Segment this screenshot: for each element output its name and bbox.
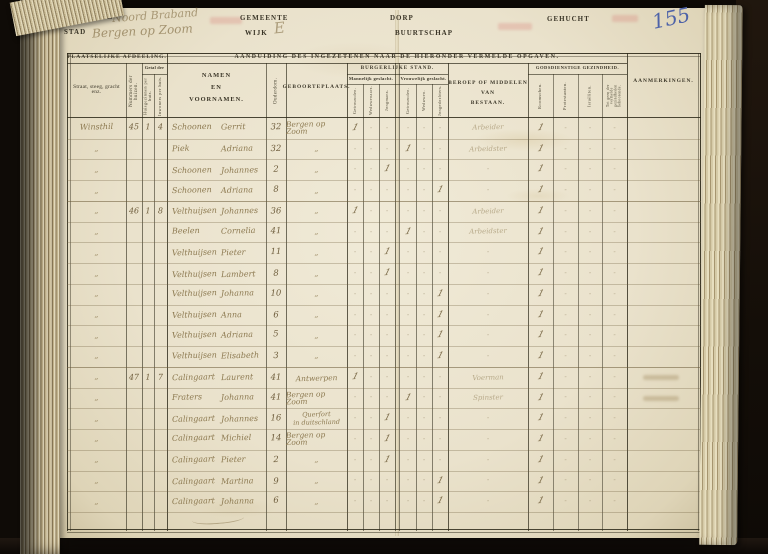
cell-street: „ [67, 450, 126, 471]
cell-mark-f1: - [400, 450, 416, 471]
cell-mark-f1: - [400, 367, 416, 388]
cell-mark-f2: - [416, 201, 432, 222]
cell-mark-f2: - [416, 222, 432, 243]
cell-mark-m2: - [363, 222, 379, 243]
cell-mark-m2: - [363, 201, 379, 222]
cell-birthplace: Bergen op Zoom [286, 117, 347, 139]
cell-mark-f3: - [432, 159, 448, 180]
cell-mark-f1: - [400, 429, 416, 450]
cell-mark-m2: - [363, 491, 379, 512]
cell-mark-m3: - [379, 201, 395, 222]
cell-street: „ [67, 201, 126, 222]
cell-name: VelthuijsenJohannes [167, 201, 266, 222]
stad-label: STAD [64, 29, 86, 36]
given-name-text: Johanna [221, 290, 254, 299]
cell-mark-r2: - [553, 450, 578, 471]
cell-mark-f3: - [432, 201, 448, 222]
cell-mark-f1: - [400, 242, 416, 263]
cell-birthplace: „ [286, 159, 347, 180]
cell-name: CalingaartJohannes [167, 408, 266, 429]
cell-mark-f3: - [432, 222, 448, 243]
cell-mark-r3: - [578, 284, 602, 305]
table-column-line [395, 63, 396, 531]
cell-birthplace: „ [286, 263, 347, 284]
cell-birthplace: „ [286, 346, 347, 367]
row-rule-line [67, 512, 701, 513]
birthplace-line: in duitschland [293, 419, 340, 427]
surname-text: Velthuijsen [172, 311, 217, 320]
cell-mark-m3: - [379, 284, 395, 305]
cell-mark-f1: - [400, 325, 416, 346]
cell-mark-m2: - [363, 388, 379, 409]
given-name-text: Johanna [221, 497, 254, 506]
birthplace-line: Bergen op Zoom [286, 119, 347, 135]
cell-mark-f1: - [400, 491, 416, 512]
cell-mark-r4: - [602, 139, 627, 160]
cell-birthplace: „ [286, 325, 347, 346]
cell-mark-r3: - [578, 429, 602, 450]
cell-mark-m2: - [363, 118, 379, 139]
cell-age: 5 [266, 324, 287, 345]
cell-occupation: - [448, 263, 528, 284]
cell-occupation: - [448, 305, 528, 326]
surname-text: Schoonen [172, 166, 212, 175]
given-name-text: Anna [221, 311, 242, 320]
cell-mark-r2: - [553, 491, 578, 512]
given-name-text: Johannes [221, 166, 258, 175]
cell-age: 11 [266, 242, 287, 263]
cell-name: VelthuijsenAdriana [167, 325, 266, 346]
cell-mark-r2: - [553, 263, 578, 284]
cell-mark-m1: - [347, 491, 363, 512]
cell-birthplace: „ [286, 139, 347, 160]
cell-mark-m2: - [363, 180, 379, 201]
cell-name: VelthuijsenLambert [167, 263, 266, 284]
cell-age: 10 [266, 283, 287, 304]
cell-mark-m3: - [379, 118, 395, 139]
cell-street: „ [67, 284, 126, 305]
surname-text: Calingaart [172, 415, 215, 424]
cell-occupation: Arbeidster [448, 220, 528, 243]
ink-bleed-smudge [612, 15, 638, 22]
surname-text: Velthuijsen [172, 331, 217, 340]
cell-mark-f1: - [400, 159, 416, 180]
cell-mark-r3: - [578, 491, 602, 512]
cell-mark-r4: - [602, 284, 627, 305]
given-name-text: Pieter [221, 456, 246, 465]
cell-occupation: - [448, 346, 528, 367]
table-rule-line [67, 532, 701, 533]
cell-occupation: Spinster [448, 386, 528, 409]
cell-mark-m1: - [347, 325, 363, 346]
surname-text: Beelen [172, 227, 200, 236]
cell-age: 3 [266, 346, 287, 367]
book-page-edges-right [699, 5, 743, 545]
cell-occupation: - [448, 325, 528, 346]
cell-age: 41 [266, 387, 287, 408]
cell-mark-r2: - [553, 325, 578, 346]
table-rule-line [67, 529, 701, 530]
col-header-inwoners: Inwoners per huis. [154, 76, 167, 116]
cell-mark-r4: - [602, 222, 627, 243]
cell-mark-m3: - [379, 180, 395, 201]
cell-mark-f2: - [416, 429, 432, 450]
col-header-israeliten: Israëliten. [578, 76, 602, 116]
cell-birthplace: „ [286, 491, 347, 512]
cell-mark-m3: - [379, 305, 395, 326]
getal-der-header: Getal der [142, 63, 167, 74]
cell-street: „ [67, 388, 126, 409]
col-header-straat: Straat, steeg, gracht enz. [67, 72, 126, 108]
cell-occupation: - [448, 242, 528, 263]
aanduiding-header: AANDUIDING DES INGEZETENEN NAAR DE HIERO… [167, 53, 627, 63]
cell-age: 14 [266, 428, 287, 449]
cell-street: „ [67, 491, 126, 512]
cell-age: 36 [266, 201, 287, 222]
surname-text: Velthuijsen [172, 352, 217, 361]
cell-mark-m2: - [363, 139, 379, 160]
cell-mark-r2: - [553, 222, 578, 243]
cell-street: „ [67, 305, 126, 326]
cell-street: „ [67, 367, 126, 388]
col-header-roomschen: Roomschen. [528, 76, 553, 116]
scanned-register-photo: PROVINCIE GEMEENTE DORP GEHUCHT STAD WIJ… [0, 0, 768, 554]
cell-mark-r2: - [553, 139, 578, 160]
cell-mark-m3: - [379, 491, 395, 512]
cell-occupation: Voerman [448, 367, 528, 390]
cell-mark-f1: - [400, 471, 416, 492]
plaatselijke-afdeeling-header: PLAATSELIJKE AFDEELING. [67, 53, 167, 63]
cell-mark-m1: - [347, 429, 363, 450]
table-column-line [627, 53, 628, 531]
cell-households: 1 [142, 201, 155, 222]
table-rule-line [528, 74, 627, 75]
mannelijk-header: Mannelijk geslacht. [347, 74, 395, 84]
cell-name: SchoonenAdriana [167, 180, 266, 201]
cell-street: „ [67, 429, 126, 450]
cell-occupation: - [448, 429, 528, 450]
cell-name: CalingaartLaurent [167, 367, 266, 388]
cell-mark-r4: - [602, 305, 627, 326]
col-header-protestanten: Protestanten. [553, 76, 578, 116]
book-page-edges-left [20, 0, 60, 554]
cell-birthplace: „ [286, 222, 347, 243]
cell-occupation: - [448, 284, 528, 305]
cell-birthplace: Bergen op Zoom [286, 428, 347, 450]
cell-mark-r2: - [553, 346, 578, 367]
cell-occupation: - [448, 491, 528, 512]
surname-text: Piek [172, 145, 190, 153]
table-column-line [154, 74, 155, 531]
surname-text: Calingaart [172, 477, 215, 486]
surname-text: Velthuijsen [172, 270, 217, 279]
cell-inhabitants: 4 [154, 117, 168, 138]
cell-mark-m1: - [347, 471, 363, 492]
cell-mark-f2: - [416, 408, 432, 429]
cell-mark-r3: - [578, 450, 602, 471]
col-header-aanmerkingen: AANMERKINGEN. [627, 76, 700, 88]
cell-street: „ [67, 325, 126, 346]
cell-street: „ [67, 159, 126, 180]
cell-mark-m3: - [379, 325, 395, 346]
buurtschap-label: BUURTSCHAP [395, 30, 453, 37]
cell-mark-r4: - [602, 367, 627, 388]
cell-age: 8 [266, 264, 287, 285]
cell-mark-f1: - [400, 408, 416, 429]
cell-occupation: - [448, 159, 528, 180]
col-header-huisgezinnen: Huisgezinnen per huis. [142, 76, 154, 116]
cell-mark-f3: - [432, 242, 448, 263]
given-name-text: Pieter [221, 248, 246, 257]
cell-mark-r3: - [578, 180, 602, 201]
cell-name: SchoonenJohannes [167, 159, 266, 180]
cell-mark-r4: - [602, 242, 627, 263]
cell-street: „ [67, 139, 126, 160]
surname-text: Calingaart [172, 434, 215, 443]
cell-mark-f2: - [416, 139, 432, 160]
remark-smudge [643, 375, 679, 380]
col-header-f-getrouwden: Getrouwden. [400, 85, 416, 116]
cell-mark-f3: - [432, 118, 448, 139]
cell-street: „ [67, 222, 126, 243]
cell-mark-f2: - [416, 242, 432, 263]
cell-mark-r4: - [602, 491, 627, 512]
remark-smudge [643, 396, 679, 401]
cell-street: „ [67, 408, 126, 429]
cell-mark-r2: - [553, 388, 578, 409]
cell-age: 32 [266, 117, 287, 138]
col-header-beroep: BEROEP OF MIDDELEN VAN BESTAAN. [448, 74, 528, 112]
cell-inhabitants: 8 [154, 201, 168, 222]
cell-age: 16 [266, 408, 287, 429]
given-name-text: Gerrit [221, 123, 246, 132]
cell-age: 2 [266, 160, 287, 181]
cell-mark-r2: - [553, 305, 578, 326]
cell-mark-f2: - [416, 118, 432, 139]
cell-name: CalingaartMartina [167, 471, 266, 492]
cell-mark-m1: - [347, 450, 363, 471]
col-header-m-weduwenaars: Weduwenaars. [363, 85, 379, 116]
cell-mark-m3: - [379, 222, 395, 243]
surname-text: Schoonen [172, 186, 212, 195]
cell-street: „ [67, 346, 126, 367]
cell-occupation: - [448, 180, 528, 201]
cell-mark-f2: - [416, 388, 432, 409]
ink-bleed-smudge [498, 23, 532, 30]
table-rule-line [142, 74, 167, 75]
cell-age: 8 [266, 180, 287, 201]
cell-age: 9 [266, 471, 287, 492]
wijk-value: E [273, 18, 286, 37]
cell-birthplace: Bergen op Zoom [286, 387, 347, 409]
cell-mark-r4: - [602, 325, 627, 346]
cell-birthplace: „ [286, 284, 347, 305]
surname-text: Velthuijsen [172, 248, 217, 257]
birthplace-line: Bergen op Zoom [286, 431, 347, 447]
given-name-text: Johannes [221, 207, 258, 216]
cell-occupation: - [448, 471, 528, 492]
cell-mark-m3: - [379, 139, 395, 160]
cell-mark-r2: - [553, 284, 578, 305]
cell-mark-m3: - [379, 388, 395, 409]
cell-birthplace: „ [286, 201, 347, 222]
cell-households: 1 [142, 117, 155, 138]
given-name-text: Johanna [221, 393, 254, 402]
cell-name: CalingaartPieter [167, 450, 266, 471]
cell-age: 32 [266, 138, 287, 159]
gehucht-label: GEHUCHT [547, 16, 590, 23]
cell-name: VelthuijsenAnna [167, 305, 266, 326]
cell-mark-r2: - [553, 159, 578, 180]
cell-mark-r3: - [578, 118, 602, 139]
cell-mark-m3: - [379, 471, 395, 492]
cell-mark-r3: - [578, 242, 602, 263]
surname-text: Calingaart [172, 497, 215, 506]
cell-mark-r3: - [578, 159, 602, 180]
cell-birthplace: „ [286, 180, 347, 201]
surname-text: Velthuijsen [172, 207, 217, 216]
cell-mark-r3: - [578, 408, 602, 429]
cell-mark-r3: - [578, 201, 602, 222]
cell-mark-m1: - [347, 346, 363, 367]
cell-mark-f1: - [400, 305, 416, 326]
col-header-ouderdom: Ouderdom. [266, 66, 286, 116]
cell-mark-f3: - [432, 450, 448, 471]
cell-name: BeelenCornelia [167, 222, 266, 243]
cell-mark-r2: - [553, 429, 578, 450]
cell-mark-f1: - [400, 201, 416, 222]
cell-occupation: - [448, 450, 528, 471]
cell-name: FratersJohanna [167, 388, 266, 409]
cell-mark-r4: - [602, 201, 627, 222]
cell-street: „ [67, 471, 126, 492]
cell-mark-r4: - [602, 388, 627, 409]
cell-mark-m1: - [347, 180, 363, 201]
cell-mark-f2: - [416, 159, 432, 180]
godsdienstige-header: GODSDIENSTIGE GEZINDHEID. [528, 63, 627, 74]
col-header-geen-gezindheid: Tot geen der vermelde gezindheden behoor… [602, 76, 627, 116]
burgerlijke-stand-header: BURGERLIJKE STAND. [347, 63, 448, 74]
cell-age: 6 [266, 305, 287, 326]
cell-mark-r4: - [602, 180, 627, 201]
cell-mark-m1: - [347, 408, 363, 429]
surname-text: Fraters [172, 393, 202, 402]
cell-mark-r4: - [602, 429, 627, 450]
cell-mark-f1: - [400, 263, 416, 284]
col-header-f-jongedochters: Jongedochters. [432, 85, 448, 116]
cell-mark-r3: - [578, 346, 602, 367]
cell-street: „ [67, 180, 126, 201]
table-column-line [698, 53, 699, 531]
book-bottom-shadow [0, 538, 768, 554]
col-header-m-getrouwden: Getrouwden. [347, 85, 363, 116]
cell-mark-m1: - [347, 139, 363, 160]
cell-mark-f3: - [432, 139, 448, 160]
cell-mark-r4: - [602, 408, 627, 429]
wijk-label: WIJK [245, 30, 268, 37]
col-header-namen: NAMEN EN VOORNAMEN. [167, 68, 266, 108]
vrouwelijk-header: Vrouwelijk geslacht. [399, 74, 448, 84]
cell-name: PiekAdriana [167, 139, 266, 160]
cell-street: Winsthil [67, 117, 126, 139]
given-name-text: Laurent [221, 374, 253, 383]
cell-mark-r2: - [553, 408, 578, 429]
cell-mark-m1: - [347, 388, 363, 409]
cell-mark-r3: - [578, 222, 602, 243]
given-name-text: Martina [221, 477, 254, 486]
cell-occupation: Arbeidster [448, 138, 528, 161]
cell-mark-m3: - [379, 367, 395, 388]
cell-mark-m2: - [363, 305, 379, 326]
cell-mark-r2: - [553, 471, 578, 492]
cell-mark-r3: - [578, 325, 602, 346]
given-name-text: Adriana [221, 145, 253, 154]
col-header-f-weduwen: Weduwen. [416, 85, 432, 116]
cell-mark-r4: - [602, 471, 627, 492]
cell-mark-m1: - [347, 305, 363, 326]
surname-text: Velthuijsen [172, 289, 217, 298]
cell-mark-r3: - [578, 471, 602, 492]
cell-mark-m1: - [347, 263, 363, 284]
cell-mark-m1: - [347, 242, 363, 263]
cell-mark-f2: - [416, 263, 432, 284]
cell-name: VelthuijsenElisabeth [167, 346, 266, 367]
cell-house-number: 47 [126, 367, 143, 388]
cell-name: CalingaartJohanna [167, 491, 266, 512]
cell-mark-r4: - [602, 263, 627, 284]
cell-mark-m2: - [363, 367, 379, 388]
cell-house-number: 45 [126, 117, 143, 138]
cell-mark-f3: - [432, 388, 448, 409]
col-header-geboorteplaats: GEBOORTEPLAATS. [286, 82, 347, 94]
cell-mark-f3: - [432, 408, 448, 429]
cell-birthplace: „ [286, 450, 347, 471]
cell-name: CalingaartMichiel [167, 429, 266, 450]
given-name-text: Michiel [221, 434, 251, 443]
cell-birthplace: „ [286, 242, 347, 263]
cell-mark-f3: - [432, 429, 448, 450]
cell-name: VelthuijsenPieter [167, 242, 266, 263]
cell-mark-f1: - [400, 346, 416, 367]
cell-inhabitants: 7 [154, 367, 168, 388]
cell-mark-m2: - [363, 471, 379, 492]
col-header-m-jongmans: Jongmans. [379, 85, 395, 116]
cell-occupation: - [448, 408, 528, 429]
given-name-text: Elisabeth [221, 352, 259, 361]
given-name-text: Johannes [221, 415, 258, 424]
cell-mark-f2: - [416, 367, 432, 388]
cell-mark-r2: - [553, 242, 578, 263]
cell-mark-f1: - [400, 180, 416, 201]
cell-mark-m1: - [347, 159, 363, 180]
cell-mark-m1: - [347, 284, 363, 305]
cell-mark-r4: - [602, 450, 627, 471]
cell-mark-m3: - [379, 346, 395, 367]
surname-text: Calingaart [172, 373, 215, 382]
cell-mark-m1: - [347, 222, 363, 243]
ink-bleed-smudge [210, 17, 242, 24]
cell-house-number: 46 [126, 201, 143, 222]
surname-text: Calingaart [172, 456, 215, 465]
cell-mark-r3: - [578, 263, 602, 284]
cell-age: 2 [266, 450, 287, 471]
cell-age: 41 [266, 221, 287, 242]
cell-name: SchoonenGerrit [167, 118, 266, 139]
cell-mark-f1: - [400, 284, 416, 305]
cell-age: 41 [266, 367, 287, 388]
cell-occupation: Arbeider [448, 116, 528, 139]
given-name-text: Cornelia [221, 227, 256, 236]
